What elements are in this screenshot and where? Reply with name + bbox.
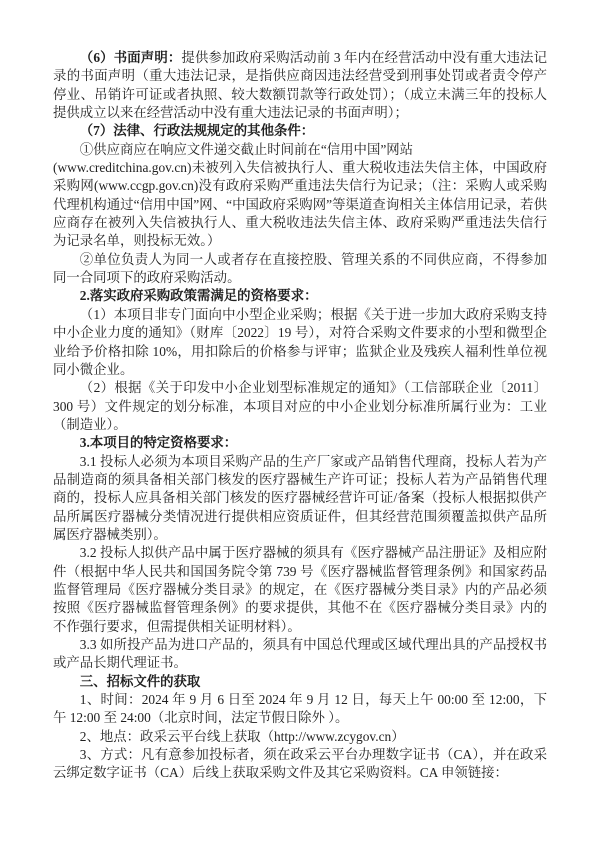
paragraph-text: ②单位负责人为同一人或者存在直接控股、管理关系的不同供应商，不得参加同一合同项下…: [53, 252, 547, 285]
paragraph-text: 3.3 如所投产品为进口产品的，须具有中国总代理或区域代理出具的产品授权书或产品…: [53, 637, 547, 670]
paragraph-bold-text: （6）书面声明：: [80, 50, 182, 65]
section-2-item-2-sme-classification: （2）根据《关于印发中小企业划型标准规定的通知》（工信部联企业〔2011〕300…: [53, 379, 547, 434]
clause-7-item-1-credit-china: ①供应商应在响应文件递交截止时间前在“信用中国”网站(www.creditchi…: [53, 141, 547, 251]
paragraph-text: 2、地点：政采云平台线上获取（http://www.zcygov.cn）: [80, 729, 405, 744]
paragraph-text: 3.2 投标人拟供产品中属于医疗器械的须具有《医疗器械产品注册证》及相应附件（根…: [53, 545, 547, 633]
document-body: （6）书面声明：提供参加政府采购活动前 3 年内在经营活动中没有重大违法记录的书…: [53, 49, 547, 783]
paragraph-text: 3、方式：凡有意参加投标者，须在政采云平台办理数字证书（CA），并在政采云绑定数…: [53, 747, 547, 780]
clause-3-2-registration-certificate: 3.2 投标人拟供产品中属于医疗器械的须具有《医疗器械产品注册证》及相应附件（根…: [53, 544, 547, 636]
paragraph-bold-text: 三、招标文件的获取: [80, 674, 201, 689]
section-three-document-acquisition-heading: 三、招标文件的获取: [53, 673, 547, 691]
paragraph-text: （2）根据《关于印发中小企业划型标准规定的通知》（工信部联企业〔2011〕300…: [53, 380, 547, 432]
clause-7-item-2-same-responsible-person: ②单位负责人为同一人或者存在直接控股、管理关系的不同供应商，不得参加同一合同项下…: [53, 251, 547, 288]
paragraph-text: 3.1 投标人必须为本项目采购产品的生产厂家或产品销售代理商，投标人若为产品制造…: [53, 454, 547, 542]
paragraph-text: (www.creditchina.gov.cn)未被列入失信被执行人、重大税收违…: [53, 160, 547, 248]
paragraph-text: ①供应商应在响应文件递交截止时间前在“信用中国”网站: [80, 142, 413, 157]
clause-6-written-declaration: （6）书面声明：提供参加政府采购活动前 3 年内在经营活动中没有重大违法记录的书…: [53, 49, 547, 122]
paragraph-text: 1、时间：2024 年 9 月 6 日至 2024 年 9 月 12 日，每天上…: [53, 692, 547, 725]
document-page: （6）书面声明：提供参加政府采购活动前 3 年内在经营活动中没有重大违法记录的书…: [0, 0, 600, 849]
paragraph-bold-text: （7）法律、行政法规规定的其他条件：: [80, 123, 314, 138]
clause-3-3-imported-products: 3.3 如所投产品为进口产品的，须具有中国总代理或区域代理出具的产品授权书或产品…: [53, 636, 547, 673]
section-2-item-1-sme-policy: （1）本项目非专门面向中小型企业采购；根据《关于进一步加大政府采购支持中小企业力…: [53, 306, 547, 379]
section-2-policy-qualification-heading: 2.落实政府采购政策需满足的资格要求：: [53, 287, 547, 305]
clause-3-1-manufacturer-or-agent: 3.1 投标人必须为本项目采购产品的生产厂家或产品销售代理商，投标人若为产品制造…: [53, 453, 547, 545]
acquisition-item-3-method: 3、方式：凡有意参加投标者，须在政采云平台办理数字证书（CA），并在政采云绑定数…: [53, 746, 547, 783]
acquisition-item-2-location: 2、地点：政采云平台线上获取（http://www.zcygov.cn）: [53, 728, 547, 746]
paragraph-bold-text: 3.本项目的特定资格要求：: [80, 435, 237, 450]
section-3-specific-qualification-heading: 3.本项目的特定资格要求：: [53, 434, 547, 452]
paragraph-text: （1）本项目非专门面向中小型企业采购；根据《关于进一步加大政府采购支持中小企业力…: [53, 307, 547, 377]
acquisition-item-1-time: 1、时间：2024 年 9 月 6 日至 2024 年 9 月 12 日，每天上…: [53, 691, 547, 728]
clause-7-other-legal-conditions-heading: （7）法律、行政法规规定的其他条件：: [53, 122, 547, 140]
paragraph-bold-text: 2.落实政府采购政策需满足的资格要求：: [80, 288, 318, 303]
